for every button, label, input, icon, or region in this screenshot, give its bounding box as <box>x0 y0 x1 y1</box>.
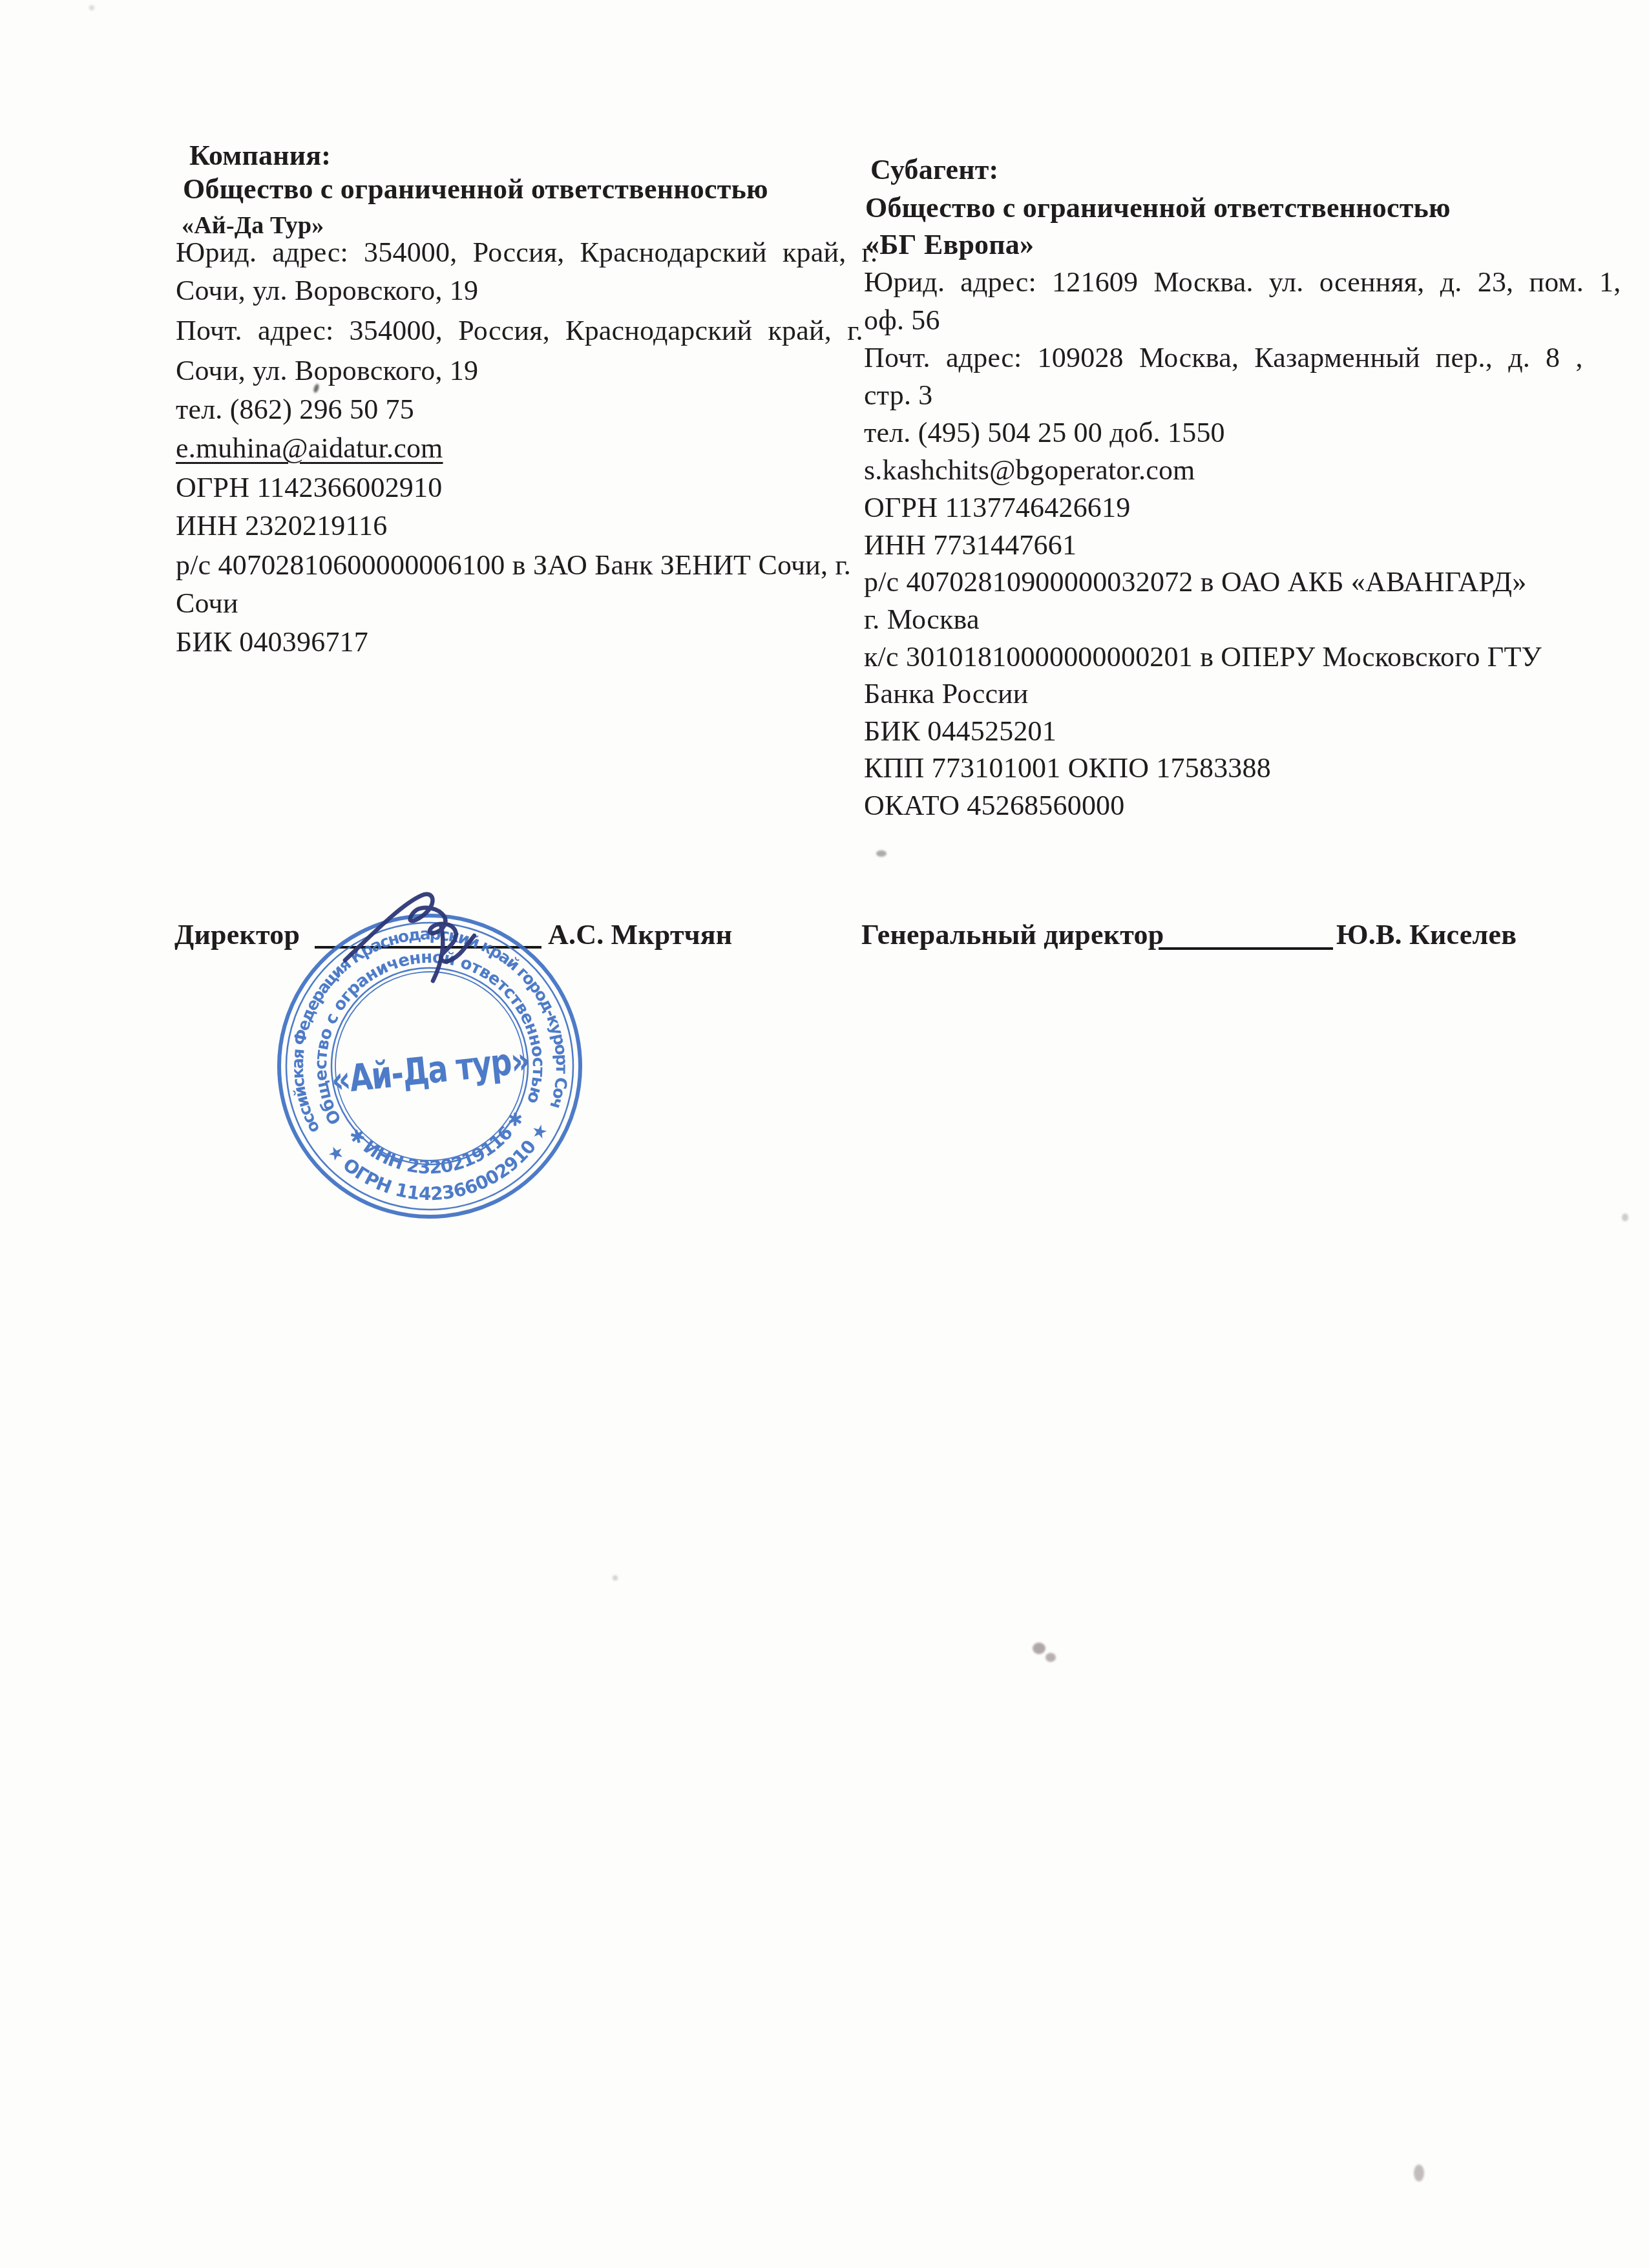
scan-speck <box>613 1575 618 1580</box>
subagent-account-line2: г. Москва <box>864 602 980 637</box>
scan-speck <box>1045 1653 1056 1662</box>
subagent-kpp-okpo: КПП 773101001 ОКПО 17583388 <box>864 751 1271 786</box>
document-page: Компания: Общество с ограниченной ответс… <box>0 0 1649 2268</box>
subagent-corr-account-line2: Банка России <box>864 677 1029 711</box>
general-director-signature-line <box>1159 947 1333 950</box>
signature-scribble <box>336 883 504 992</box>
subagent-legal-address-line1: Юрид. адрес: 121609 Москва. ул. осенняя,… <box>864 265 1621 300</box>
company-bik: БИК 040396717 <box>176 625 368 660</box>
subagent-account-line1: р/с 40702810900000032072 в ОАО АКБ «АВАН… <box>864 565 1526 600</box>
subagent-legal-address-line2: оф. 56 <box>864 303 940 338</box>
subagent-org-name: «БГ Европа» <box>865 227 1034 262</box>
scan-speck <box>89 5 94 10</box>
company-legal-address-line1: Юрид. адрес: 354000, Россия, Краснодарск… <box>176 235 877 270</box>
company-email-link[interactable]: e.muhina@aidatur.com <box>176 431 443 466</box>
company-account-line2: Сочи <box>176 586 238 621</box>
subagent-okato: ОКАТО 45268560000 <box>864 788 1125 823</box>
company-heading: Компания: <box>189 138 331 173</box>
company-legal-address-line2: Сочи, ул. Воровского, 19 <box>176 273 478 308</box>
subagent-postal-address-line1: Почт. адрес: 109028 Москва, Казарменный … <box>864 341 1583 375</box>
company-account-line1: р/с 40702810600000006100 в ЗАО Банк ЗЕНИ… <box>176 548 851 583</box>
company-phone: тел. (862) 296 50 75 <box>176 392 414 427</box>
company-postal-address-line2: Сочи, ул. Воровского, 19 <box>176 353 478 388</box>
subagent-postal-address-line2: стр. 3 <box>864 378 933 413</box>
company-org-type: Общество с ограниченной ответственностью <box>183 172 768 207</box>
subagent-phone: тел. (495) 504 25 00 доб. 1550 <box>864 415 1225 450</box>
scan-speck <box>1622 1213 1628 1221</box>
general-director-name: Ю.В. Киселев <box>1336 918 1517 952</box>
subagent-inn: ИНН 7731447661 <box>864 528 1077 563</box>
subagent-org-type: Общество с ограниченной ответственностью <box>865 191 1451 226</box>
company-postal-address-line1: Почт. адрес: 354000, Россия, Краснодарск… <box>176 313 863 348</box>
scan-speck <box>1033 1643 1045 1654</box>
subagent-email: s.kashchits@bgoperator.com <box>864 453 1195 488</box>
subagent-corr-account-line1: к/с 30101810000000000201 в ОПЕРУ Московс… <box>864 640 1542 675</box>
scan-speck <box>1414 2165 1424 2181</box>
company-inn: ИНН 2320219116 <box>176 509 388 543</box>
stamp-center-text: «Ай-Да тур» <box>329 1039 531 1102</box>
subagent-bik: БИК 044525201 <box>864 714 1056 749</box>
company-ogrn: ОГРН 1142366002910 <box>176 470 442 505</box>
general-director-title: Генеральный директор <box>861 918 1164 952</box>
subagent-ogrn: ОГРН 1137746426619 <box>864 490 1130 525</box>
subagent-heading: Субагент: <box>870 152 998 187</box>
scan-speck <box>876 850 887 857</box>
